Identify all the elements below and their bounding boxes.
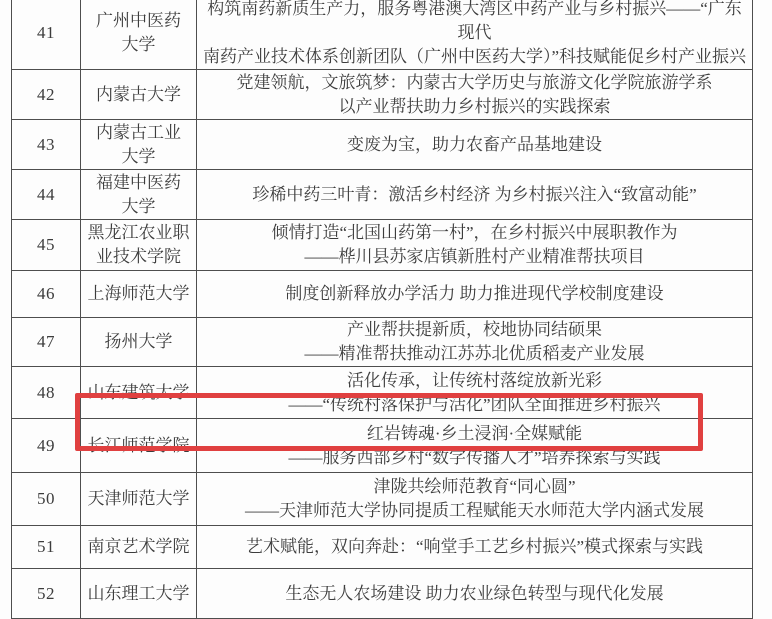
row-number-cell: 46 [12,271,81,318]
table-row: 45 黑龙江农业职 业技术学院 倾情打造“北国山药第一村”，在乡村振兴中展职教作… [12,220,753,271]
project-cell: 红岩铸魂·乡土浸润·全媒赋能 ——服务西部乡村“数字传播人才”培养探索与实践 [197,419,753,473]
row-number-cell: 47 [12,318,81,367]
project-cell: 生态无人农场建设 助力农业绿色转型与现代化发展 [197,569,753,619]
table-row: 43 内蒙古工业 大学 变废为宝，助力农畜产品基地建设 [12,120,753,170]
table-row: 50 天津师范大学 津陇共绘师范教育“同心圆” ——天津师范大学协同提质工程赋能… [12,473,753,526]
school-cell: 内蒙古工业 大学 [81,120,197,170]
project-cell: 党建领航，文旅筑梦：内蒙古大学历史与旅游文化学院旅游学系 以产业帮扶助力乡村振兴… [197,70,753,120]
project-cell: 倾情打造“北国山药第一村”，在乡村振兴中展职教作为 ——桦川县苏家店镇新胜村产业… [197,220,753,271]
table-row: 42 内蒙古大学 党建领航，文旅筑梦：内蒙古大学历史与旅游文化学院旅游学系 以产… [12,70,753,120]
school-cell: 广州中医药 大学 [81,0,197,70]
universities-table: 41 广州中医药 大学 构筑南药新质生产力，服务粤港澳大湾区中药产业与乡村振兴—… [11,0,753,619]
table-row: 44 福建中医药 大学 珍稀中药三叶青：激活乡村经济 为乡村振兴注入“致富动能” [12,170,753,220]
school-cell: 长江师范学院 [81,419,197,473]
table-row: 48 山东建筑大学 活化传承，让传统村落绽放新光彩 ——“传统村落保护与活化”团… [12,367,753,419]
document-page: 41 广州中医药 大学 构筑南药新质生产力，服务粤港澳大湾区中药产业与乡村振兴—… [0,0,772,619]
row-number-cell: 51 [12,526,81,569]
row-number-cell: 50 [12,473,81,526]
school-cell: 上海师范大学 [81,271,197,318]
table-row: 41 广州中医药 大学 构筑南药新质生产力，服务粤港澳大湾区中药产业与乡村振兴—… [12,0,753,70]
school-cell: 山东理工大学 [81,569,197,619]
project-cell: 构筑南药新质生产力，服务粤港澳大湾区中药产业与乡村振兴——“广东现代 南药产业技… [197,0,753,70]
school-cell: 天津师范大学 [81,473,197,526]
project-cell: 艺术赋能，双向奔赴：“响堂手工艺乡村振兴”模式探索与实践 [197,526,753,569]
row-number-cell: 41 [12,0,81,70]
project-cell: 变废为宝，助力农畜产品基地建设 [197,120,753,170]
row-number-cell: 52 [12,569,81,619]
school-cell: 黑龙江农业职 业技术学院 [81,220,197,271]
project-cell: 珍稀中药三叶青：激活乡村经济 为乡村振兴注入“致富动能” [197,170,753,220]
project-cell: 活化传承，让传统村落绽放新光彩 ——“传统村落保护与活化”团队全面推进乡村振兴 [197,367,753,419]
project-cell: 产业帮扶提新质，校地协同结硕果 ——精准帮扶推动江苏苏北优质稻麦产业发展 [197,318,753,367]
table-row: 46 上海师范大学 制度创新释放办学活力 助力推进现代学校制度建设 [12,271,753,318]
row-number-cell: 44 [12,170,81,220]
school-cell: 南京艺术学院 [81,526,197,569]
row-number-cell: 43 [12,120,81,170]
table-body: 41 广州中医药 大学 构筑南药新质生产力，服务粤港澳大湾区中药产业与乡村振兴—… [12,0,753,619]
school-cell: 山东建筑大学 [81,367,197,419]
table-row: 51 南京艺术学院 艺术赋能，双向奔赴：“响堂手工艺乡村振兴”模式探索与实践 [12,526,753,569]
table-row: 52 山东理工大学 生态无人农场建设 助力农业绿色转型与现代化发展 [12,569,753,619]
row-number-cell: 48 [12,367,81,419]
row-number-cell: 45 [12,220,81,271]
row-number-cell: 42 [12,70,81,120]
row-number-cell: 49 [12,419,81,473]
school-cell: 福建中医药 大学 [81,170,197,220]
table-row: 47 扬州大学 产业帮扶提新质，校地协同结硕果 ——精准帮扶推动江苏苏北优质稻麦… [12,318,753,367]
project-cell: 津陇共绘师范教育“同心圆” ——天津师范大学协同提质工程赋能天水师范大学内涵式发… [197,473,753,526]
school-cell: 扬州大学 [81,318,197,367]
school-cell: 内蒙古大学 [81,70,197,120]
table-row: 49 长江师范学院 红岩铸魂·乡土浸润·全媒赋能 ——服务西部乡村“数字传播人才… [12,419,753,473]
project-cell: 制度创新释放办学活力 助力推进现代学校制度建设 [197,271,753,318]
